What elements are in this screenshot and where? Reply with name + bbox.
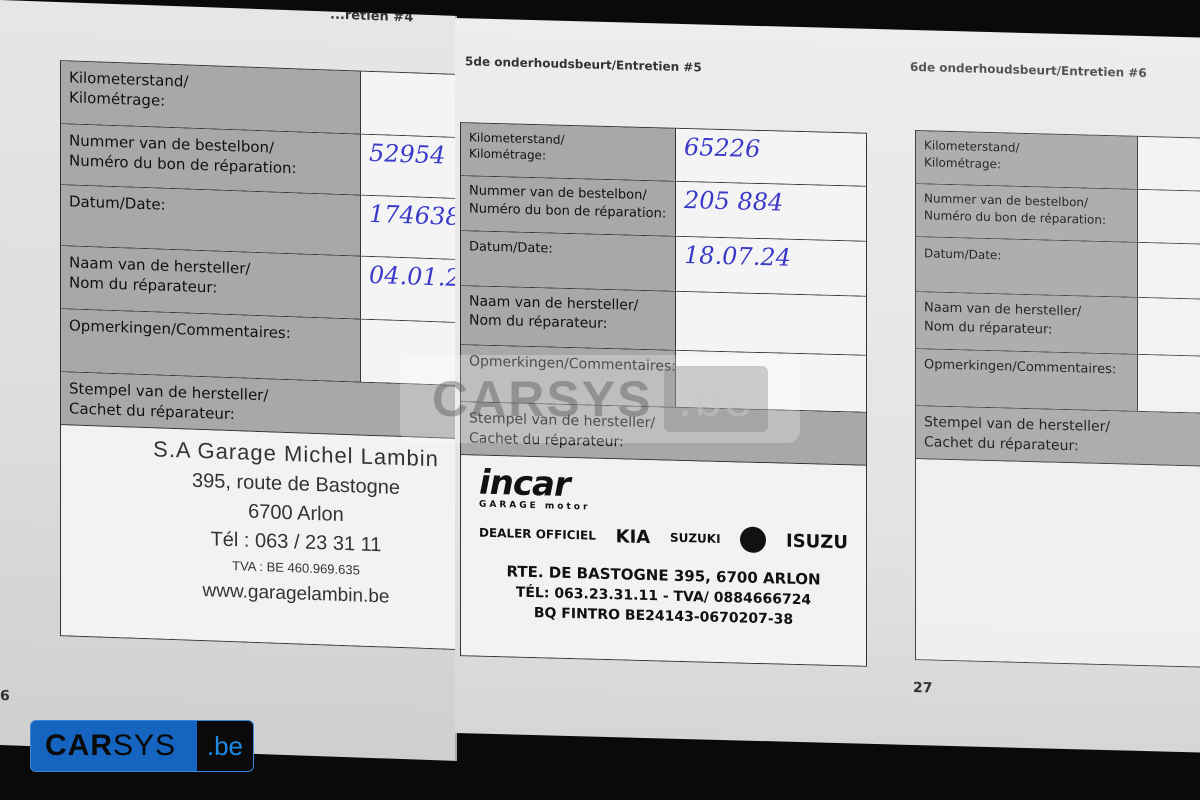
field-order-number[interactable]: 52954 bbox=[361, 135, 457, 201]
field-mileage[interactable]: 65226 bbox=[676, 129, 866, 186]
heading-entretien-5: 5de onderhoudsbeurt/Entretien #5 bbox=[465, 54, 702, 74]
left-page-heading: ...retien #4 bbox=[330, 8, 413, 26]
field-mileage[interactable] bbox=[361, 72, 457, 140]
badge-car: CAR bbox=[31, 729, 113, 763]
form-row-comments: Opmerkingen/Commentaires: bbox=[916, 349, 1200, 414]
suzuki-logo-icon: SUZUKI bbox=[670, 531, 721, 546]
dealer-emblem-icon bbox=[740, 526, 766, 553]
carsys-logo-badge: CAR SYS .be bbox=[30, 720, 254, 772]
form-row-repairer: Naam van de hersteller/Nom du réparateur… bbox=[461, 286, 866, 356]
carsys-watermark: CARSYS .be bbox=[400, 355, 800, 443]
form-row-repairer: Naam van de hersteller/Nom du réparateur… bbox=[916, 292, 1200, 357]
maintenance-form-6: Kilometerstand/Kilométrage: Nummer van d… bbox=[915, 130, 1200, 668]
field-date[interactable] bbox=[1138, 243, 1200, 300]
field-repairer[interactable]: 04.01.2... bbox=[361, 257, 457, 325]
dealer-label: DEALER OFFICIEL bbox=[479, 526, 596, 543]
brand-row: DEALER OFFICIEL KIA SUZUKI ISUZU bbox=[479, 520, 848, 556]
field-repairer[interactable] bbox=[676, 292, 866, 355]
garage-stamp-incar: incar GARAGE motor DEALER OFFICIEL KIA S… bbox=[461, 455, 866, 666]
maintenance-form-4: Kilometerstand/Kilométrage: Nummer van d… bbox=[60, 60, 457, 652]
badge-sys: SYS bbox=[113, 729, 176, 763]
field-order-number[interactable] bbox=[1138, 190, 1200, 245]
form-row-order-number: Nummer van de bestelbon/Numéro du bon de… bbox=[916, 184, 1200, 245]
stamp-label: Stempel van de hersteller/ Cachet du rép… bbox=[916, 406, 1200, 467]
watermark-tld: .be bbox=[664, 366, 768, 432]
field-order-number[interactable]: 205 884 bbox=[676, 182, 866, 241]
watermark-brand: CARSYS bbox=[432, 370, 652, 428]
label-fr: Nom du réparateur: bbox=[924, 317, 1129, 341]
field-mileage[interactable] bbox=[1138, 137, 1200, 192]
label-nl: Opmerkingen/Commentaires: bbox=[924, 355, 1129, 380]
field-comments[interactable] bbox=[1138, 355, 1200, 414]
field-date[interactable]: 174638 bbox=[361, 196, 457, 262]
page-number-left: 6 bbox=[0, 688, 10, 704]
field-date[interactable]: 18.07.24 bbox=[676, 237, 866, 296]
left-page: ...retien #4 Kilometerstand/Kilométrage:… bbox=[0, 0, 457, 761]
field-repairer[interactable] bbox=[1138, 298, 1200, 357]
form-row-date: Datum/Date: bbox=[916, 237, 1200, 300]
stamp-area-empty[interactable] bbox=[916, 459, 1200, 667]
heading-entretien-6: 6de onderhoudsbeurt/Entretien #6 bbox=[910, 60, 1147, 80]
form-row-mileage: Kilometerstand/Kilométrage: bbox=[916, 131, 1200, 192]
label-nl: Datum/Date: bbox=[469, 237, 667, 262]
label-fr: Numéro du bon de réparation: bbox=[469, 200, 667, 223]
garage-stamp-lambin: S.A Garage Michel Lambin 395, route de B… bbox=[61, 425, 457, 651]
stamp-website: www.garagelambin.be bbox=[69, 575, 457, 613]
label-nl: Datum/Date: bbox=[924, 243, 1129, 268]
page-number-right: 27 bbox=[913, 680, 932, 697]
kia-logo-icon: KIA bbox=[616, 526, 651, 548]
badge-tld: .be bbox=[197, 721, 253, 771]
label-nl: Opmerkingen/Commentaires: bbox=[69, 315, 352, 345]
isuzu-logo-icon: ISUZU bbox=[786, 530, 848, 553]
label-nl: Datum/Date: bbox=[69, 191, 352, 221]
